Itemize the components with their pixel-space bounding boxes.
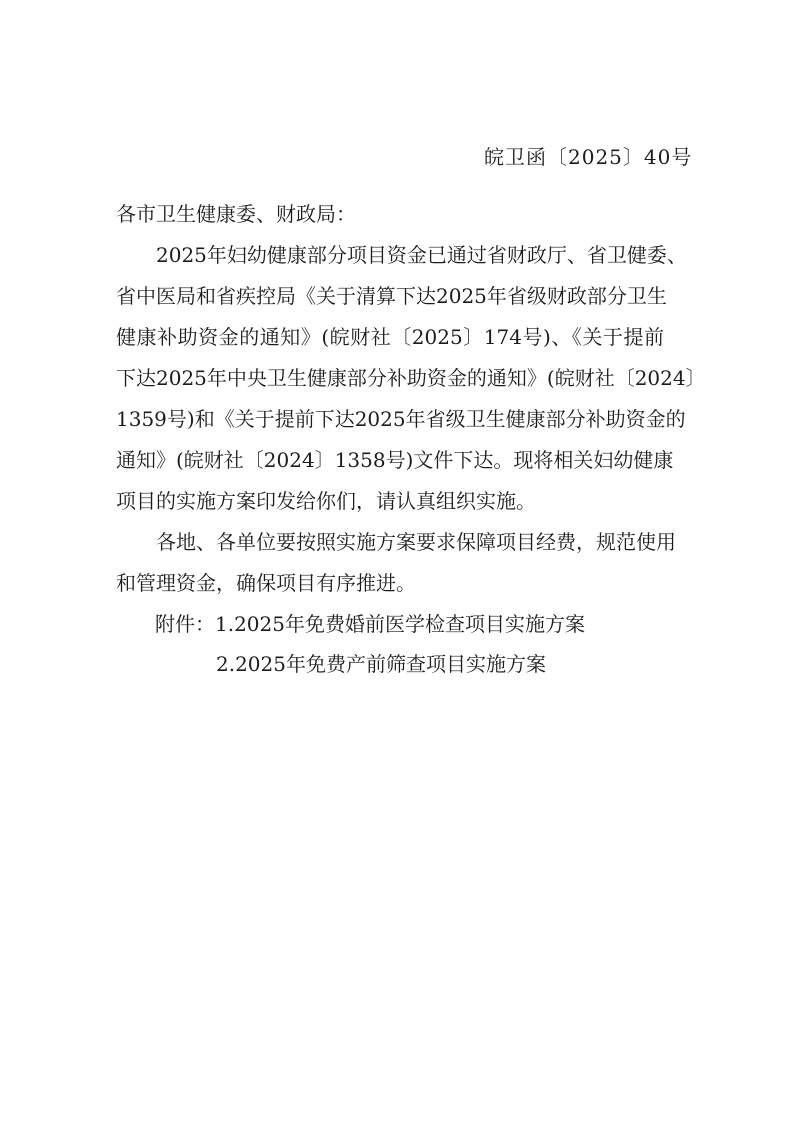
attachment-item: 1.2025年免费婚前医学检查项目实施方案	[215, 612, 585, 636]
attachment-item: 2.2025年免费产前筛查项目实施方案	[216, 651, 546, 677]
salutation: 各市卫生健康委、财政局：	[116, 201, 356, 227]
document-page: 皖卫函〔2025〕40号 各市卫生健康委、财政局： 2025年妇幼健康部分项目资…	[0, 0, 793, 1121]
attachment-line-1: 附件：1.2025年免费婚前医学检查项目实施方案	[155, 611, 585, 637]
paragraph-1-line: 项目的实施方案印发给你们，请认真组织实施。	[116, 488, 536, 514]
paragraph-1-line: 2025年妇幼健康部分项目资金已通过省财政厅、省卫健委、	[156, 242, 664, 268]
paragraph-1-line: 省中医局和省疾控局《关于清算下达2025年省级财政部分卫生	[116, 283, 664, 309]
paragraph-1-line: 下达2025年中央卫生健康部分补助资金的通知》(皖财社〔2024〕	[116, 365, 664, 391]
document-number: 皖卫函〔2025〕40号	[484, 144, 664, 170]
attachments-label: 附件：	[155, 612, 215, 636]
paragraph-2-line: 和管理资金，确保项目有序推进。	[116, 570, 416, 596]
paragraph-2-line: 各地、各单位要按照实施方案要求保障项目经费，规范使用	[156, 529, 664, 555]
paragraph-1-line: 健康补助资金的通知》(皖财社〔2025〕174号)、《关于提前	[116, 324, 664, 350]
paragraph-1-line: 通知》(皖财社〔2024〕1358号)文件下达。现将相关妇幼健康	[116, 447, 664, 473]
paragraph-1-line: 1359号)和《关于提前下达2025年省级卫生健康部分补助资金的	[116, 406, 664, 432]
